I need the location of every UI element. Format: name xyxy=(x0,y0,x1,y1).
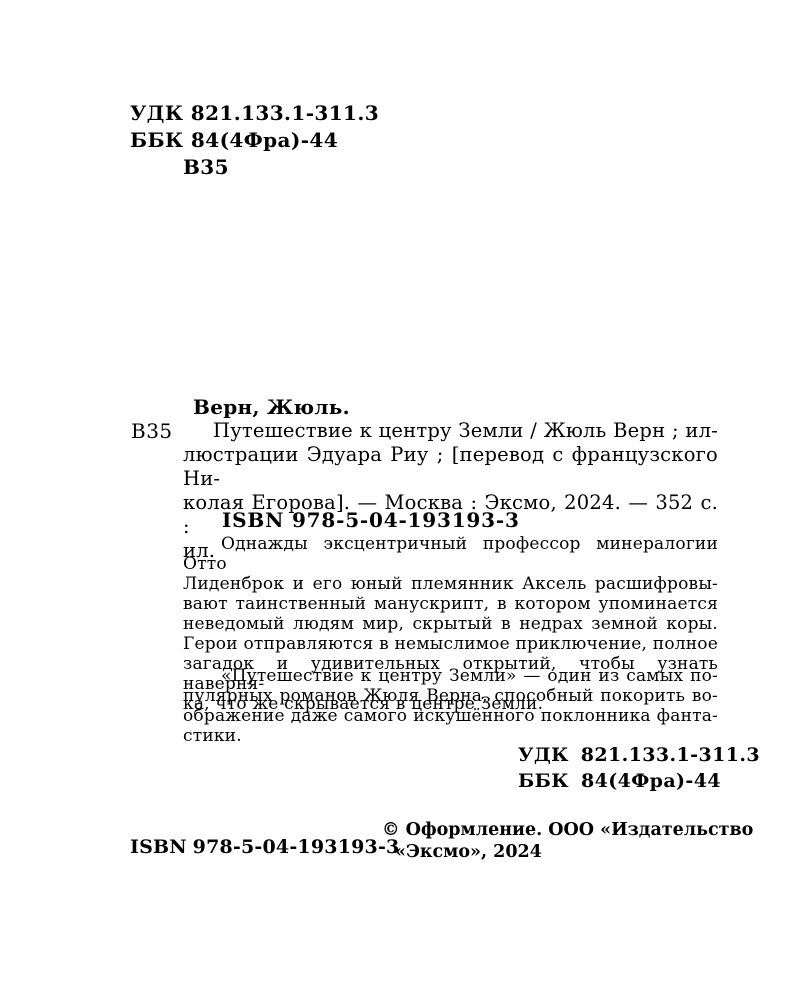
text-line: «Путешествие к центру Земли» — один из с… xyxy=(183,666,718,686)
udk-value: 821.133.1-311.3 xyxy=(581,744,760,766)
top-classification-block: УДК 821.133.1-311.3 ББК 84(4Фра)-44 В35 xyxy=(130,100,379,181)
text-line: ображение даже самого искушённого поклон… xyxy=(183,706,718,726)
text-line: люстрации Эдуара Риу ; [перевод с францу… xyxy=(183,443,718,491)
bbk-label: ББК xyxy=(518,770,569,792)
bbk-bottom-line: ББК84(4Фра)-44 xyxy=(518,768,760,794)
bottom-classification-block: УДК821.133.1-311.3 ББК84(4Фра)-44 xyxy=(518,742,760,794)
text-line: неведомый людям мир, скрытый в недрах зе… xyxy=(183,614,718,634)
text-line: Герои отправляются в немыслимое приключе… xyxy=(183,634,718,654)
annotation-paragraph-2: «Путешествие к центру Земли» — один из с… xyxy=(183,666,718,746)
copyright-line-2: «Эксмо», 2024 xyxy=(382,842,753,864)
udk-top-line: УДК 821.133.1-311.3 xyxy=(130,100,379,127)
text-line: Путешествие к центру Земли / Жюль Верн ;… xyxy=(183,419,718,443)
catalog-margin-code: В35 xyxy=(131,419,173,443)
copyright-line-1: © Оформление. ООО «Издательство xyxy=(382,820,753,842)
footer-isbn: ISBN 978-5-04-193193-3 xyxy=(130,836,399,858)
udk-label: УДК xyxy=(518,744,569,766)
text-line: Лиденброк и его юный племянник Аксель ра… xyxy=(183,574,718,594)
text-line: вают таинственный манускрипт, в котором … xyxy=(183,594,718,614)
footer-copyright: © Оформление. ООО «Издательство «Эксмо»,… xyxy=(382,820,753,863)
text-line: Однажды эксцентричный профессор минерало… xyxy=(183,534,718,574)
bbk-value: 84(4Фра)-44 xyxy=(581,770,721,792)
bbk-top-line: ББК 84(4Фра)-44 xyxy=(130,127,379,154)
catalog-author-heading: Верн, Жюль. xyxy=(193,395,350,419)
catalog-isbn: ISBN 978-5-04-193193-3 xyxy=(222,508,520,532)
text-line: пулярных романов Жюля Верна, способный п… xyxy=(183,686,718,706)
author-sign-top: В35 xyxy=(183,154,379,181)
imprint-page: УДК 821.133.1-311.3 ББК 84(4Фра)-44 В35 … xyxy=(0,0,800,1000)
udk-bottom-line: УДК821.133.1-311.3 xyxy=(518,742,760,768)
